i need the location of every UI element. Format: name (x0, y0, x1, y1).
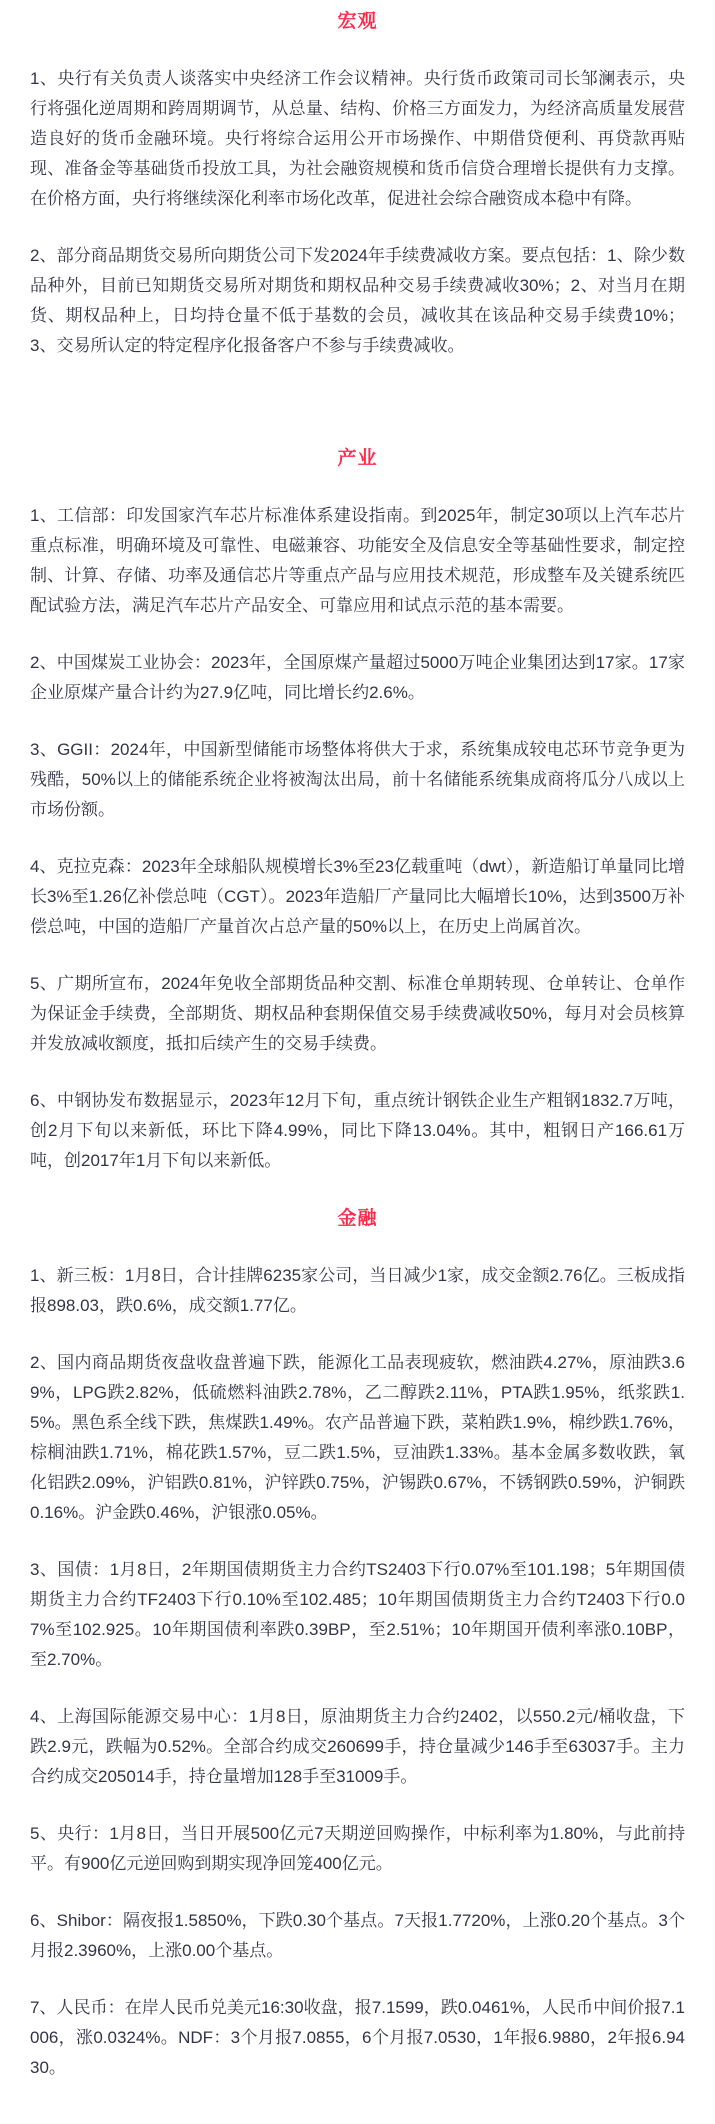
paragraph-finance-3: 3、国债：1月8日，2年期国债期货主力合约TS2403下行0.07%至101.1… (30, 1555, 685, 1675)
paragraph-industry-2: 2、中国煤炭工业协会：2023年，全国原煤产量超过5000万吨企业集团达到17家… (30, 648, 685, 708)
section-industry: 产业 1、工信部：印发国家汽车芯片标准体系建设指南。到2025年，制定30项以上… (30, 444, 685, 1176)
paragraph-industry-1: 1、工信部：印发国家汽车芯片标准体系建设指南。到2025年，制定30项以上汽车芯… (30, 501, 685, 621)
section-title-industry: 产业 (30, 444, 685, 474)
paragraph-finance-2: 2、国内商品期货夜盘收盘普遍下跌，能源化工品表现疲软，燃油跌4.27%，原油跌3… (30, 1348, 685, 1528)
news-digest-article: 宏观 1、央行有关负责人谈落实中央经济工作会议精神。央行货币政策司司长邹澜表示，… (0, 0, 715, 2124)
paragraph-macro-1: 1、央行有关负责人谈落实中央经济工作会议精神。央行货币政策司司长邹澜表示，央行将… (30, 64, 685, 214)
paragraph-industry-6: 6、中钢协发布数据显示，2023年12月下旬，重点统计钢铁企业生产粗钢1832.… (30, 1086, 685, 1176)
paragraph-finance-6: 6、Shibor：隔夜报1.5850%，下跌0.30个基点。7天报1.7720%… (30, 1906, 685, 1966)
paragraph-finance-5: 5、央行：1月8日，当日开展500亿元7天期逆回购操作，中标利率为1.80%，与… (30, 1819, 685, 1879)
paragraph-industry-3: 3、GGII：2024年，中国新型储能市场整体将供大于求，系统集成较电芯环节竞争… (30, 735, 685, 825)
paragraph-finance-1: 1、新三板：1月8日，合计挂牌6235家公司，当日减少1家，成交金额2.76亿。… (30, 1261, 685, 1321)
section-title-finance: 金融 (30, 1204, 685, 1234)
section-macro: 宏观 1、央行有关负责人谈落实中央经济工作会议精神。央行货币政策司司长邹澜表示，… (30, 7, 685, 361)
section-finance: 金融 1、新三板：1月8日，合计挂牌6235家公司，当日减少1家，成交金额2.7… (30, 1204, 685, 2083)
paragraph-industry-5: 5、广期所宣布，2024年免收全部期货品种交割、标准仓单期转现、仓单转让、仓单作… (30, 969, 685, 1059)
section-title-macro: 宏观 (30, 7, 685, 37)
paragraph-finance-4: 4、上海国际能源交易中心：1月8日，原油期货主力合约2402，以550.2元/桶… (30, 1702, 685, 1792)
paragraph-macro-2: 2、部分商品期货交易所向期货公司下发2024年手续费减收方案。要点包括：1、除少… (30, 241, 685, 361)
paragraph-industry-4: 4、克拉克森：2023年全球船队规模增长3%至23亿载重吨（dwt），新造船订单… (30, 852, 685, 942)
paragraph-finance-7: 7、人民币：在岸人民币兑美元16:30收盘，报7.1599，跌0.0461%，人… (30, 1993, 685, 2083)
